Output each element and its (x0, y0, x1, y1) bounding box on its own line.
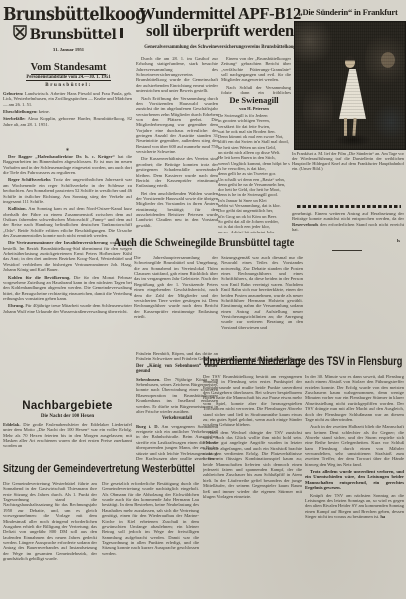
poem-lines: De Swienagill is för Jedeen in grooten w… (218, 113, 290, 233)
main-subhead: Generalversammlung des Schweineversicher… (132, 45, 308, 50)
asterisk-divider (297, 205, 401, 208)
nachbargebiete-eddelak: Eddelak. Die große Faslenabendsfeier der… (3, 422, 132, 460)
main-headline: Wundermittel APF-B12 soll überprüft werd… (132, 5, 308, 40)
standesamt-entry: Sterbefälle: Alma Kopplin, geborene Hard… (3, 116, 132, 127)
standesamt-place: Brunsbüttel: (3, 83, 134, 88)
main-headline-line2: soll überprüft werden (132, 22, 308, 39)
masthead-crest-icon (13, 25, 27, 44)
schweinegilde-headline: Auch die Schweinegilde Brunsbüttel tagte (112, 237, 295, 249)
poem-line: un so „Adjüs“ bit nächstet Johr. — (218, 230, 290, 233)
schweinegilde-col2: Satzungsgemäß war auch diesmal nur die N… (221, 255, 303, 348)
photo (294, 21, 406, 150)
main-article-colB: Einem von der „Brunsbüttelkooger Zeitung… (221, 56, 291, 94)
article-signature: ls (370, 238, 400, 243)
standesamt-entry: Geburten: Landwirtsch. Arbeiter Hans Pie… (3, 91, 132, 107)
schweinegilde-col1: Die Jahreshauptversammlung der Schweineg… (134, 255, 218, 348)
sport-final-paragraph: Knüpft der TSV am nächsten Sonntag an di… (305, 493, 404, 520)
standesamt-entry: Eheschließungen: keine. (3, 109, 132, 114)
sport-col2: In der 30. Minute war es dann soweit, da… (305, 374, 404, 592)
standesamt-entries: Geburten: Landwirtsch. Arbeiter Hans Pie… (3, 91, 132, 146)
brief-item: Kohlen für die Bevölkerung. Die für den … (3, 275, 132, 302)
newspaper-page: Brunsbüttelkoog Brunsbüttel 31. Januar 1… (0, 0, 406, 599)
masthead-title-line2: Brunsbüttel (30, 27, 117, 43)
westerbuettel-col2: Die gesetzlich erforderliche Bestätigung… (102, 481, 199, 595)
sport-headline: Unverdiente Niederlage des TSV in Flensb… (203, 356, 364, 368)
brief-item: Der Bagger „Hafenbaudirektor Dr. h. c. K… (3, 154, 132, 175)
sport-signature: ha (380, 514, 385, 519)
masthead-title-line1: Brunsbüttelkoog (3, 4, 134, 25)
photo-grain-texture (295, 22, 405, 149)
sport-bold-paragraph: Trotz alledem wurde unverdient verloren,… (305, 469, 404, 490)
end-rule (332, 250, 362, 251)
photo-caption: In Frankfurt a. M. lief der Film „Die Sü… (292, 151, 404, 197)
nachbargebiete-subhead: Die Nacht der 100 Hexen (3, 414, 132, 419)
nachbargebiete-heading: Nachbargebiete (3, 400, 132, 412)
edition-date: 31. Januar 1951 (3, 47, 134, 52)
masthead: Brunsbüttelkoog Brunsbüttel 31. Januar 1… (3, 4, 134, 52)
poem-block: De Swienagill von H. Petersen De Swienag… (214, 95, 294, 233)
main-headline-line1: Wundermittel APF-B12 (132, 5, 308, 22)
local-briefs: Der Bagger „Hafenbaudirektor Dr. h. c. K… (3, 154, 132, 398)
section-ornament: ∗ (3, 147, 132, 153)
brief-item: Ehrung. Für 40jährige treue Mitarbeit wu… (3, 303, 132, 314)
sport-col1: Der TSV Brunsbüttelkoog bestritt am verg… (203, 374, 302, 592)
poem-title: De Swienagill (214, 95, 294, 105)
standesamt-title: Vom Standesamt (3, 62, 134, 73)
photo-title: „Die Sünderin“ in Frankfurt (292, 7, 404, 17)
westerbuettel-headline: Sitzung der Gemeindevertretung Westerbüt… (3, 463, 163, 475)
poem-line: blifft em dat Swien in'n Stall mal dood, (218, 139, 290, 144)
masthead-flourish-icon (119, 27, 124, 43)
standesamt-subtitle: Personenstandsfälle vom 24.—30. 1. 1951 (3, 75, 134, 80)
westerbuettel-col1: Die Gemeindevertretung Westerbüttel führ… (3, 481, 97, 595)
masthead-title-line2-row: Brunsbüttel (3, 25, 134, 44)
poem-byline: von H. Petersen (214, 106, 294, 111)
brief-item: Kollision. Am Sonntag kam es auf dem Nor… (3, 206, 132, 238)
brief-item: Reger Schiffsverkehr. Trotz der ungewöhn… (3, 177, 132, 204)
main-article-colA: Durch die am 28. 1. im Gasthof zur Erhol… (136, 56, 218, 237)
